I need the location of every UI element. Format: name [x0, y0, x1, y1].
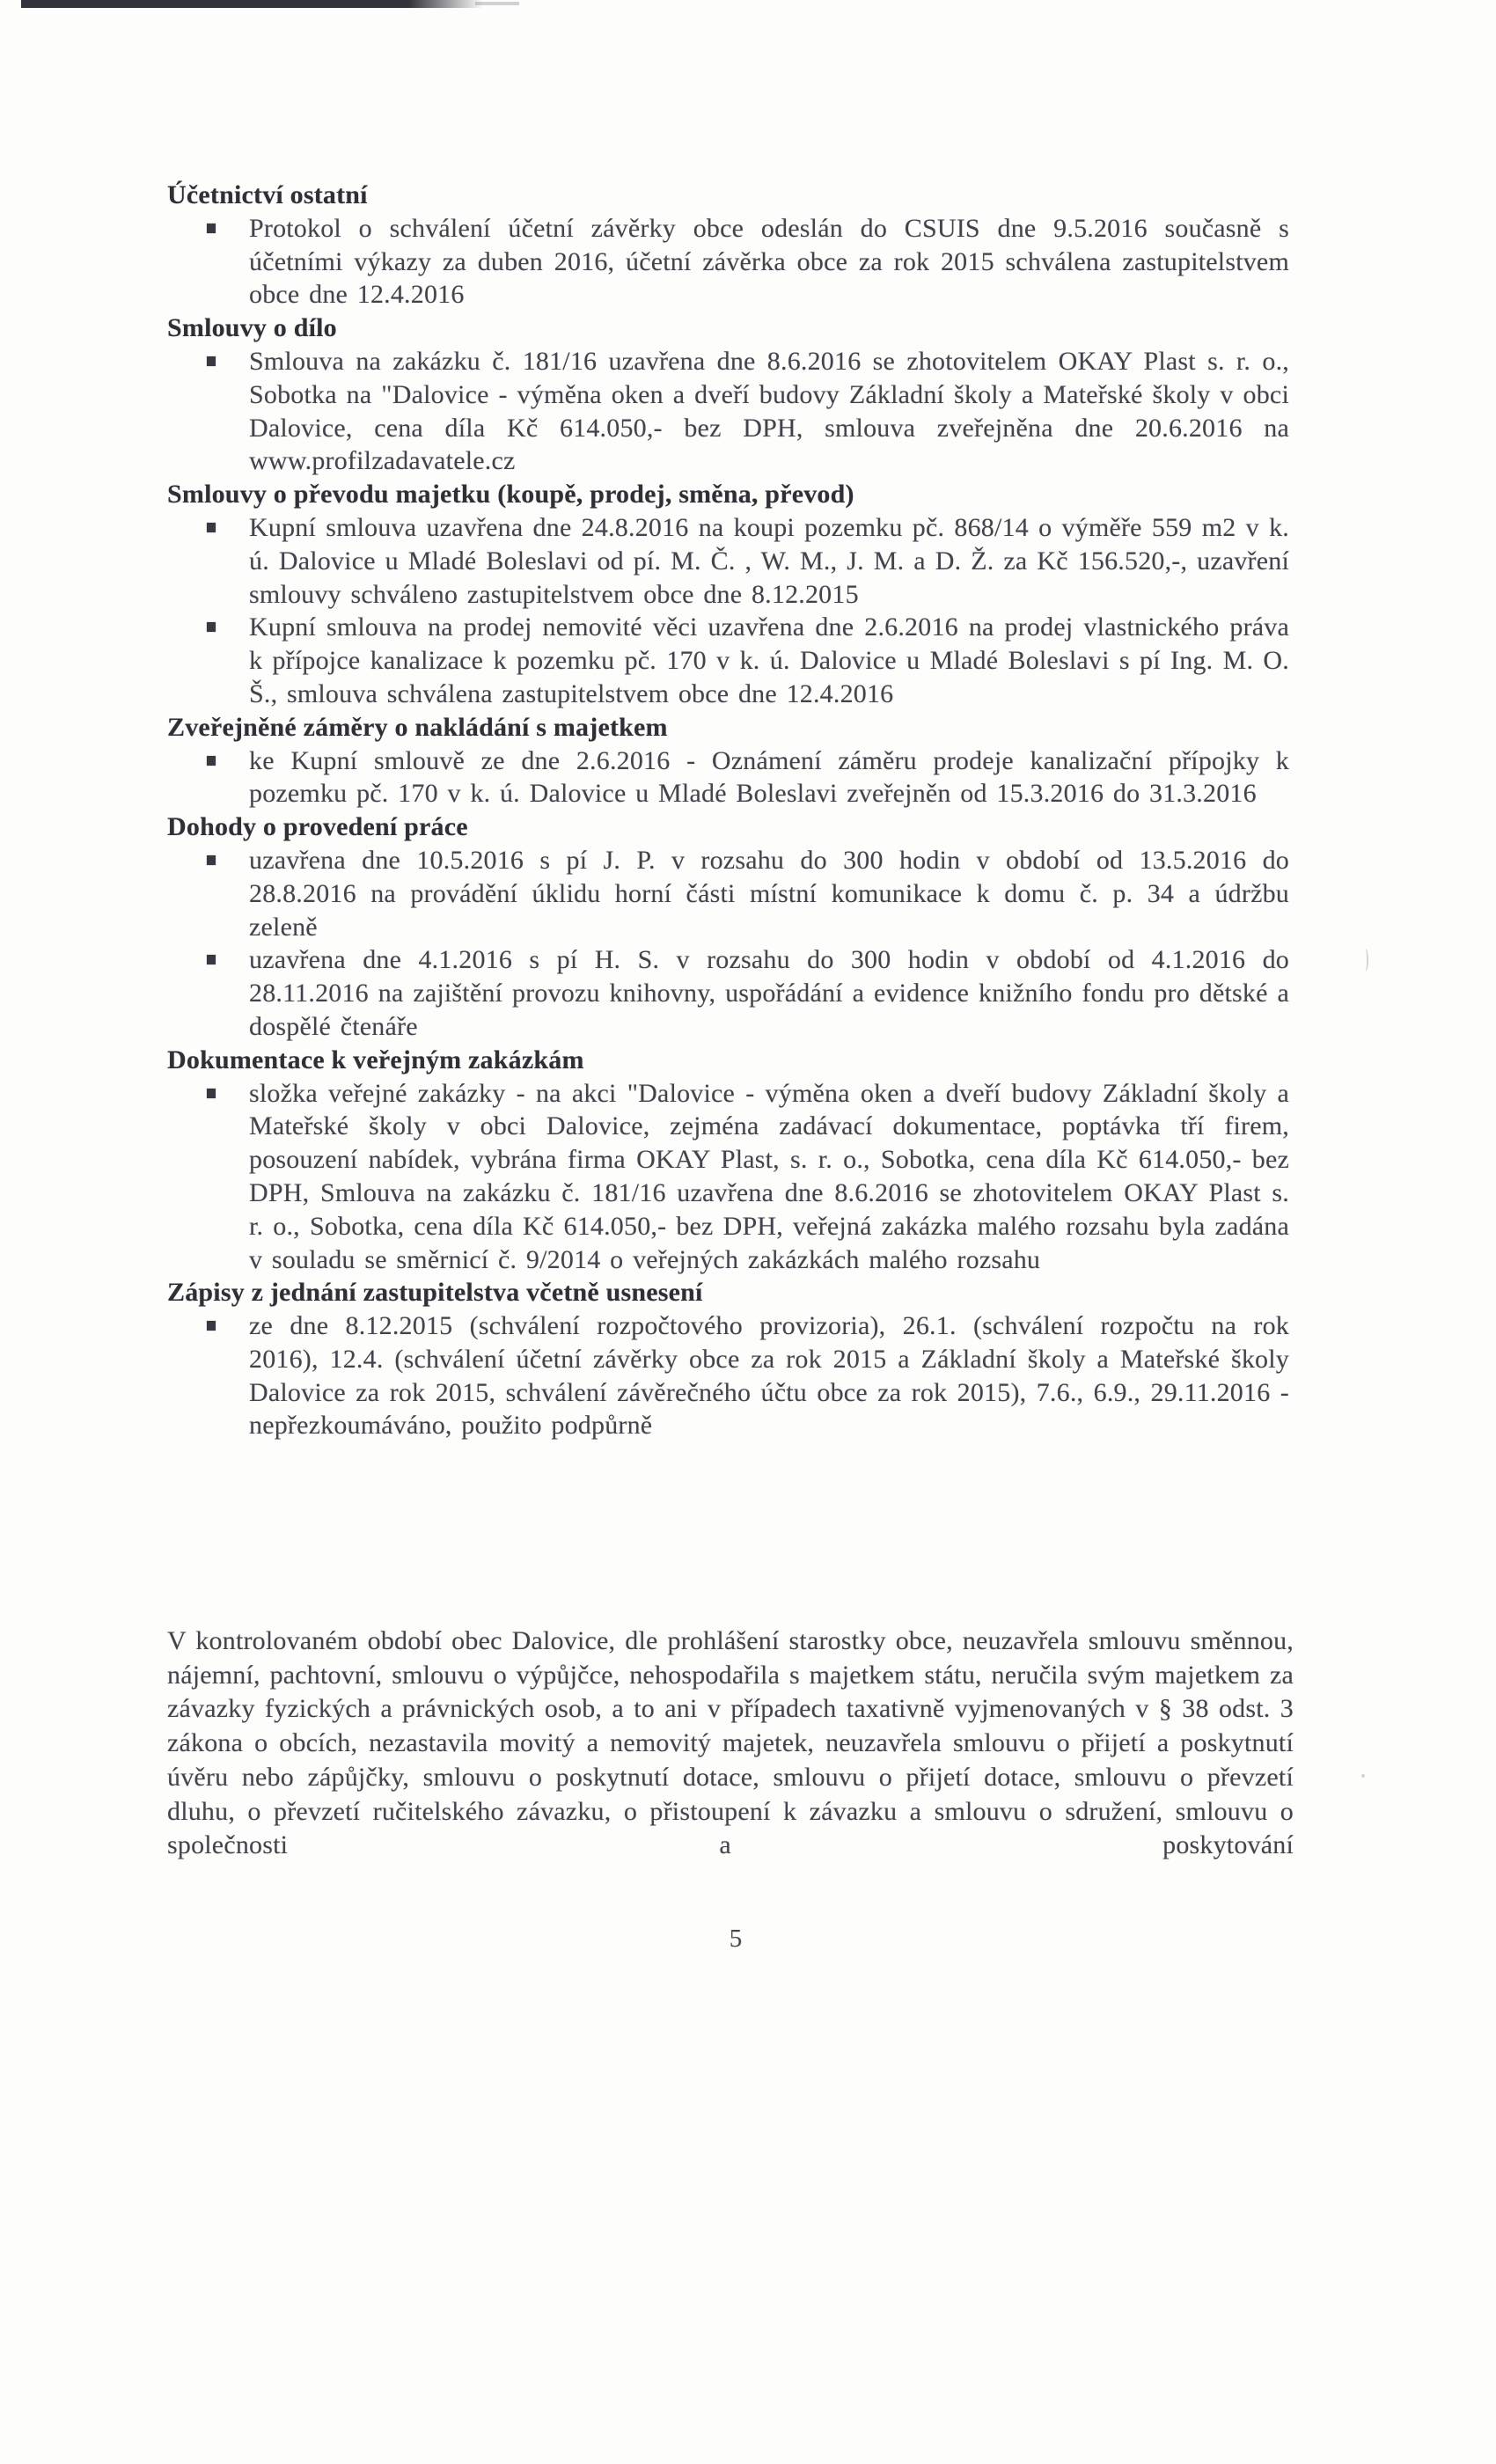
list-item-text: Protokol o schválení účetní závěrky obce…: [249, 212, 1289, 312]
section-dohody-o-provedeni-prace: Dohody o provedení práce uzavřena dne 10…: [167, 810, 1289, 1044]
scan-edge-artifact-faint: [475, 2, 519, 5]
bullet-square-icon: [207, 855, 216, 865]
list-item-text: Kupní smlouva uzavřena dne 24.8.2016 na …: [249, 511, 1289, 611]
list-item-text: složka veřejné zakázky - na akci "Dalovi…: [249, 1077, 1289, 1277]
section-smlouvy-o-dilo: Smlouvy o dílo Smlouva na zakázku č. 181…: [167, 312, 1289, 478]
closing-paragraph: V kontrolovaném období obec Dalovice, dl…: [167, 1624, 1294, 1863]
document-body: Účetnictví ostatní Protokol o schválení …: [167, 179, 1289, 1442]
list-item-text: ke Kupní smlouvě ze dne 2.6.2016 - Oznám…: [249, 744, 1289, 811]
bullet-square-icon: [207, 622, 216, 632]
section-ucetnictvi-ostatni: Účetnictví ostatní Protokol o schválení …: [167, 179, 1289, 312]
bullet-square-icon: [207, 224, 216, 233]
list-item: Protokol o schválení účetní závěrky obce…: [167, 212, 1289, 312]
bullet-square-icon: [207, 955, 216, 964]
scan-speck: [1362, 949, 1368, 972]
section-heading: Zápisy z jednání zastupitelstva včetně u…: [167, 1276, 1289, 1309]
section-heading: Zveřejněné záměry o nakládání s majetkem: [167, 711, 1289, 744]
scan-speck: [1361, 1774, 1365, 1778]
bullet-square-icon: [207, 356, 216, 366]
bullet-square-icon: [207, 523, 216, 532]
scan-edge-artifact: [21, 0, 483, 8]
list-item: ze dne 8.12.2015 (schválení rozpočtového…: [167, 1309, 1289, 1442]
section-heading: Dohody o provedení práce: [167, 810, 1289, 844]
section-dokumentace-k-verejnym-zakazkam: Dokumentace k veřejným zakázkám složka v…: [167, 1044, 1289, 1277]
list-item-text: ze dne 8.12.2015 (schválení rozpočtového…: [249, 1309, 1289, 1442]
scanned-document-page: Účetnictví ostatní Protokol o schválení …: [0, 0, 1496, 2464]
list-item-text: Smlouva na zakázku č. 181/16 uzavřena dn…: [249, 345, 1289, 478]
list-item: uzavřena dne 4.1.2016 s pí H. S. v rozsa…: [167, 943, 1289, 1043]
section-heading: Smlouvy o převodu majetku (koupě, prodej…: [167, 478, 1289, 511]
list-item-text: Kupní smlouva na prodej nemovité věci uz…: [249, 611, 1289, 710]
bullet-square-icon: [207, 1321, 216, 1331]
list-item: složka veřejné zakázky - na akci "Dalovi…: [167, 1077, 1289, 1277]
bullet-square-icon: [207, 756, 216, 766]
list-item: Kupní smlouva na prodej nemovité věci uz…: [167, 611, 1289, 710]
list-item: Kupní smlouva uzavřena dne 24.8.2016 na …: [167, 511, 1289, 611]
list-item: uzavřena dne 10.5.2016 s pí J. P. v rozs…: [167, 844, 1289, 943]
section-heading: Dokumentace k veřejným zakázkám: [167, 1044, 1289, 1077]
section-zapisy-z-jednani: Zápisy z jednání zastupitelstva včetně u…: [167, 1276, 1289, 1442]
section-smlouvy-o-prevodu-majetku: Smlouvy o převodu majetku (koupě, prodej…: [167, 478, 1289, 711]
list-item-text: uzavřena dne 4.1.2016 s pí H. S. v rozsa…: [249, 943, 1289, 1043]
section-zverejnene-zamery: Zveřejněné záměry o nakládání s majetkem…: [167, 711, 1289, 810]
page-number: 5: [0, 1922, 1471, 1955]
list-item: Smlouva na zakázku č. 181/16 uzavřena dn…: [167, 345, 1289, 478]
list-item-text: uzavřena dne 10.5.2016 s pí J. P. v rozs…: [249, 844, 1289, 943]
list-item: ke Kupní smlouvě ze dne 2.6.2016 - Oznám…: [167, 744, 1289, 811]
bullet-square-icon: [207, 1089, 216, 1098]
section-heading: Účetnictví ostatní: [167, 179, 1289, 212]
section-heading: Smlouvy o dílo: [167, 312, 1289, 345]
